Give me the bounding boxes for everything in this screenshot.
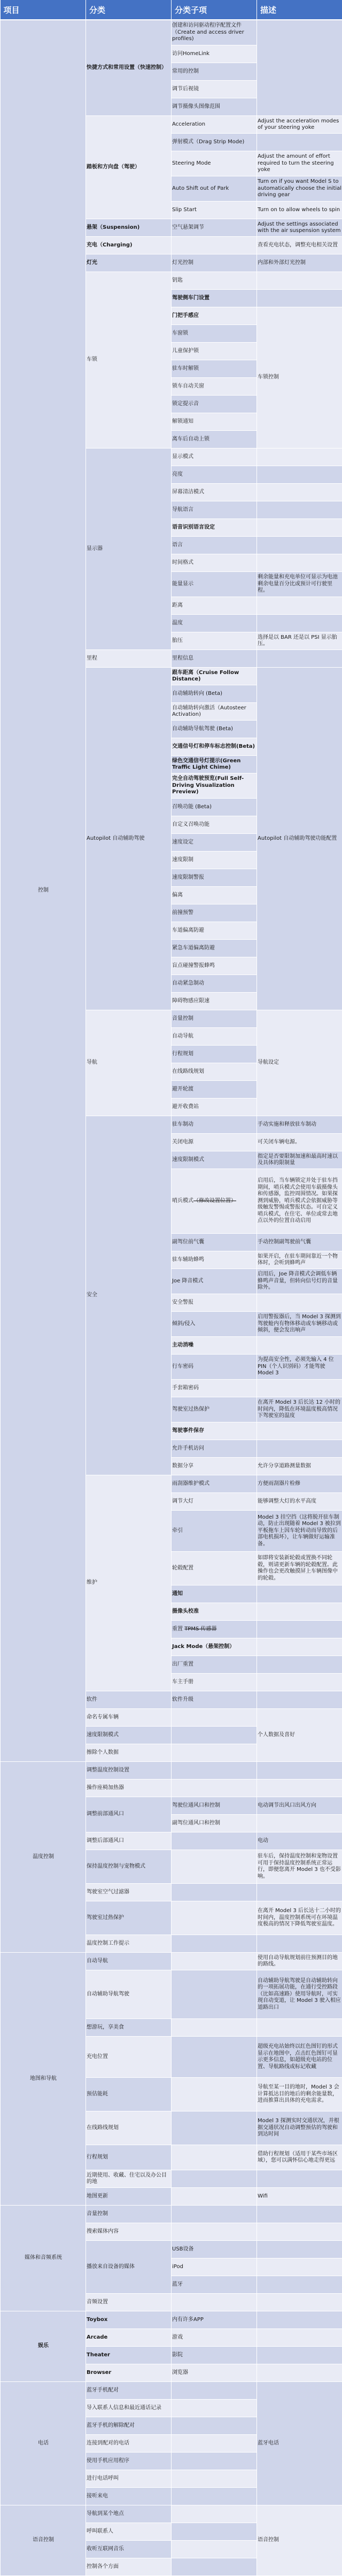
table-row: 电话蓝牙手机配对蓝牙电话 [1, 2382, 342, 2400]
subitem-cell: 调节大灯 [172, 1493, 257, 1511]
subitem-cell: 蓝牙 [172, 2276, 257, 2294]
subitem-cell [172, 2382, 257, 2400]
subitem-cell: 摄像头校准 [172, 1603, 257, 1621]
description-cell: 导航设定 [257, 1010, 342, 1116]
description-cell: Adjust the settings associated with the … [257, 219, 342, 237]
table-body: 控制快捷方式和常用设置（快速控制）创建和访问驱动程序配置文件（Create an… [1, 20, 342, 2576]
subitem-cell: 盲点碰撞警报蜂鸣 [172, 957, 257, 975]
category-cell: 调整温度控制设置 [86, 1762, 172, 1780]
subitem-text: 哨兵模式 [172, 1198, 193, 1204]
subitem-cell [172, 2470, 257, 2488]
subitem-cell: USB设备 [172, 2241, 257, 2258]
description-cell [257, 2019, 342, 2037]
table-row: 地图和导航自动导航使用自动导航规划前往预测目的地的路线。 [1, 1953, 342, 1970]
description-cell: 能够调整大灯的水平高度 [257, 1493, 342, 1511]
description-cell: Model 3 挂空挡（这将脱开驻车制动，防止出现随着 Model 3 被拉到平… [257, 1511, 342, 1552]
description-cell: 导航至某一目的地时，Model 3 会计算抵达目的地后的剩余能量数，进而推算出具… [257, 2078, 342, 2111]
subitem-cell: 自动导航 [172, 1028, 257, 1046]
subitem-cell: 绿色交通信号灯提示(Green Traffic Light Chime) [172, 756, 257, 773]
category-cell: Autopilot 自动辅助驾驶 [86, 668, 172, 1010]
subitem-cell [172, 2111, 257, 2145]
description-cell [257, 2170, 342, 2188]
subitem-cell: 访问HomeLink [172, 45, 257, 63]
subitem-cell [172, 1832, 257, 1850]
table-row: 温度控制调整温度控制设置 [1, 1762, 342, 1780]
subitem-cell: 导航语言 [172, 501, 257, 519]
description-cell: 手动实施和释放驻车制动 [257, 1116, 342, 1134]
subitem-cell: 儿童保护锁 [172, 343, 257, 360]
category-cell: 导航 [86, 1010, 172, 1116]
description-cell [257, 2294, 342, 2311]
category-cell: 自动导航 [86, 1953, 172, 1970]
subitem-cell [172, 2170, 257, 2188]
subitem-cell: 轮毂配置 [172, 1552, 257, 1585]
subitem-cell: 驾驶位通风口和控制 [172, 1797, 257, 1815]
subitem-cell: 副驾位前气囊 [172, 1234, 257, 1251]
description-cell [257, 554, 342, 572]
subitem-cell: 自动辅助导航驾驶 (Beta) [172, 721, 257, 738]
description-cell [257, 290, 342, 307]
subitem-cell: 速度设定 [172, 834, 257, 852]
description-cell: Wifi [257, 2188, 342, 2206]
subitem-cell: 雨刮器维护模式 [172, 1475, 257, 1493]
subitem-cell: 驾驶侧车门设置 [172, 290, 257, 307]
subitem-strike-text: TPMS 传感器 [184, 1626, 216, 1632]
subitem-cell: 出厂重置 [172, 1656, 257, 1674]
subitem-cell: 调节后视镜 [172, 81, 257, 98]
category-cell: 使用手机应用程序 [86, 2453, 172, 2470]
category-cell: 行程规划 [86, 2145, 172, 2170]
subitem-cell: 避开轮渡 [172, 1081, 257, 1099]
subitem-cell: 紧急车道偏离防避 [172, 940, 257, 957]
category-cell: 音量控制 [86, 2206, 172, 2223]
subitem-cell [172, 2223, 257, 2241]
subitem-cell: 允许手机访问 [172, 1440, 257, 1458]
category-cell: 导入联系人信息和最近通话记录 [86, 2400, 172, 2417]
description-cell: 如果开启，在驻车期间靠近一个物体时，会听到蜂鸣声 [257, 1251, 342, 1269]
description-cell [257, 1935, 342, 1953]
description-cell: 内部和外部灯光控制 [257, 254, 342, 272]
description-cell [257, 484, 342, 501]
subitem-cell: 调节摄像头图像范围 [172, 98, 257, 116]
category-cell: 温度控制工作提示 [86, 1935, 172, 1953]
subitem-cell: 重置 TPMS 传感器 [172, 1621, 257, 1638]
description-cell: 启用警报器后，当 Model 3 探测到驾驶舱内有物体移动或车辆移动或倾斜，便会… [257, 1312, 342, 1337]
description-cell [257, 1603, 342, 1621]
category-cell: 显示器 [86, 448, 172, 650]
category-cell: 播放来自设备的媒体 [86, 2241, 172, 2294]
subitem-strike-text: （修改设置位置） [193, 1198, 236, 1204]
description-cell [257, 2311, 342, 2329]
description-cell [257, 1884, 342, 1901]
subitem-cell: 主动消噪 [172, 1337, 257, 1355]
item-cell: 控制 [1, 20, 86, 1762]
subitem-cell: 行车密码 [172, 1355, 257, 1380]
subitem-cell: 语音识别语言设定 [172, 519, 257, 537]
header-item: 项目 [1, 0, 86, 20]
description-cell [257, 1815, 342, 1832]
subitem-cell [172, 2488, 257, 2505]
subitem-cell: iPod [172, 2258, 257, 2276]
description-cell [257, 615, 342, 632]
subitem-cell: 门把手感应 [172, 307, 257, 325]
subitem-cell: 前撞预警 [172, 904, 257, 922]
category-cell: 自动辅助导航驾驶 [86, 1970, 172, 2019]
subitem-cell: 驻车制动 [172, 1116, 257, 1134]
description-cell: 剩余能量和充电单位可显示为电池剩余电量百分比或预计可行驶里程。 [257, 572, 342, 597]
subitem-cell [172, 2558, 257, 2576]
subitem-cell: 自定义召唤功能 [172, 816, 257, 834]
description-cell [257, 519, 342, 537]
subitem-cell: 障碍物感应限速 [172, 993, 257, 1010]
category-cell: 音频设置 [86, 2294, 172, 2311]
subitem-cell [172, 2294, 257, 2311]
subitem-cell: 避开收费站 [172, 1099, 257, 1116]
category-cell: 搜索媒体内容 [86, 2223, 172, 2241]
category-cell: 车锁 [86, 272, 172, 448]
description-cell: 蓝牙电话 [257, 2382, 342, 2505]
subitem-cell [172, 2453, 257, 2470]
category-cell: 充电（Charging) [86, 237, 172, 254]
subitem-cell: Auto Shift out of Park [172, 176, 257, 202]
category-cell: Browser [86, 2364, 172, 2382]
item-cell: 温度控制 [1, 1762, 86, 1953]
description-cell [257, 2223, 342, 2241]
description-cell [257, 1380, 342, 1397]
description-cell: 语音控制 [257, 2505, 342, 2576]
subitem-cell [172, 2505, 257, 2523]
category-cell: 操作座椅加热器 [86, 1780, 172, 1797]
description-cell [257, 1674, 342, 1691]
subitem-cell: 车道偏离防避 [172, 922, 257, 940]
subitem-cell: 召唤功能 (Beta) [172, 799, 257, 816]
subitem-cell: 速度限制 [172, 852, 257, 869]
subitem-cell: 浏览器 [172, 2364, 257, 2382]
header-subitem: 分类子项 [172, 0, 257, 20]
table-row: 控制快捷方式和常用设置（快速控制）创建和访问驱动程序配置文件（Create an… [1, 20, 342, 45]
subitem-cell: 驻车时解锁 [172, 360, 257, 378]
description-cell: 在离开 Model 3 后长达 12 小时的时间内，降低在环境温度极高情况下驾驶… [257, 1397, 342, 1422]
subitem-cell: 数据分享 [172, 1458, 257, 1475]
subitem-cell: 手套箱密码 [172, 1380, 257, 1397]
description-cell [257, 2206, 342, 2223]
category-cell: 踏板和方向盘（驾驶） [86, 116, 172, 219]
description-cell: 为提高安全性，必须先输入 4 位 PIN（个人识别码）才能驾驶 Model 3 [257, 1355, 342, 1380]
subitem-cell: 里程信息 [172, 650, 257, 668]
subitem-cell: 离车后自动上锁 [172, 431, 257, 448]
category-cell: 想游玩，享美食 [86, 2019, 172, 2037]
category-cell: 蓝牙手机的解除配对 [86, 2417, 172, 2435]
description-cell [257, 501, 342, 519]
category-cell: 蓝牙手机配对 [86, 2382, 172, 2400]
category-cell: 速度限制模式 [86, 1727, 172, 1744]
category-cell: Toybox [86, 2311, 172, 2329]
category-cell: 命名专属车辆 [86, 1709, 172, 1727]
subitem-cell: 偏离 [172, 887, 257, 904]
subitem-cell: 自动辅助转向 (Beta) [172, 685, 257, 703]
subitem-text: 重置 [172, 1626, 184, 1632]
category-cell: 软件 [86, 1691, 172, 1709]
description-cell [257, 1585, 342, 1603]
category-cell: 保持温度控制与宠物模式 [86, 1850, 172, 1884]
description-cell [257, 272, 342, 290]
category-cell: 进行电话呼叫 [86, 2470, 172, 2488]
description-cell: Adjust the acceleration modes of your st… [257, 116, 342, 134]
item-cell: 媒体和音频系统 [1, 2206, 86, 2311]
description-cell: Autopilot 自动辅助驾驶功能配置 [257, 668, 342, 1010]
description-cell: 查看充电状态，调整充电相关设置 [257, 237, 342, 254]
subitem-cell [172, 1970, 257, 2019]
subitem-cell: 胎压 [172, 632, 257, 650]
header-description: 描述 [257, 0, 342, 20]
description-cell: 在离开 Model 3 后长达十二小时的时间内，温度控制系统可在环境温度极高的情… [257, 1901, 342, 1935]
category-cell: 接听来电 [86, 2488, 172, 2505]
subitem-cell [172, 2541, 257, 2558]
subitem-cell: 空气悬架调节 [172, 219, 257, 237]
table-header-row: 项目 分类 分类子项 描述 [1, 0, 342, 20]
description-cell [257, 650, 342, 668]
description-cell [257, 1691, 342, 1709]
subitem-cell [172, 2417, 257, 2435]
description-cell: 方便雨刮器片检修 [257, 1475, 342, 1493]
description-cell [257, 466, 342, 484]
description-cell [257, 1294, 342, 1312]
subitem-cell [172, 2435, 257, 2453]
description-cell [257, 1621, 342, 1638]
description-cell [257, 537, 342, 554]
category-cell: 连接到配对的电话 [86, 2435, 172, 2453]
subitem-cell: 行程规划 [172, 1046, 257, 1063]
description-cell: Model 3 探测实时交通状况，并根据交通状况自动调整预估的驾驶和到达时间 [257, 2111, 342, 2145]
category-cell: 在线路线规划 [86, 2111, 172, 2145]
subitem-cell [172, 1850, 257, 1884]
description-cell [257, 1638, 342, 1656]
category-cell: 近期使用、收藏、住宅以及办公目的地 [86, 2170, 172, 2188]
subitem-cell [172, 1884, 257, 1901]
category-cell: 灯光 [86, 254, 172, 272]
subitem-cell [172, 1901, 257, 1935]
subitem-cell [172, 1762, 257, 1780]
subitem-cell: 亮度 [172, 466, 257, 484]
description-cell [257, 448, 342, 466]
subitem-cell: 倾斜/侵入 [172, 1312, 257, 1337]
table-row: 媒体和音频系统音量控制 [1, 2206, 342, 2223]
subitem-cell: 牵引 [172, 1511, 257, 1552]
description-cell [257, 134, 342, 151]
category-cell: 调整后部通风口 [86, 1832, 172, 1850]
description-cell: 个人数据及喜好 [257, 1709, 342, 1762]
description-cell [257, 2241, 342, 2258]
subitem-cell: 驾驶室过热保护 [172, 1397, 257, 1422]
category-cell: 擦除个人数据 [86, 1744, 172, 1762]
subitem-cell: 钥匙 [172, 272, 257, 290]
subitem-cell [172, 1935, 257, 1953]
category-cell: 快捷方式和常用设置（快速控制） [86, 20, 172, 116]
description-cell [257, 1337, 342, 1355]
subitem-cell: 完全自动驾驶预览(Full Self-Driving Visualization… [172, 773, 257, 799]
item-cell: 地图和导航 [1, 1953, 86, 2206]
description-cell: 选择是以 BAR 还是以 PSI 显示胎压。 [257, 632, 342, 650]
subitem-cell: 时间格式 [172, 554, 257, 572]
category-cell: 导航到某个地点 [86, 2505, 172, 2523]
description-cell [257, 2276, 342, 2294]
subitem-cell [172, 2019, 257, 2037]
feature-table: 项目 分类 分类子项 描述 控制快捷方式和常用设置（快速控制）创建和访问驱动程序… [0, 0, 342, 2576]
description-cell: 电动调节出风口出风方向 [257, 1797, 342, 1815]
subitem-cell: 常用的控制 [172, 63, 257, 81]
subitem-cell: 自动紧急制动 [172, 975, 257, 993]
description-cell [257, 2347, 342, 2364]
subitem-cell: 内有许多APP [172, 2311, 257, 2329]
description-cell [257, 597, 342, 615]
subitem-cell: 屏幕清洁模式 [172, 484, 257, 501]
subitem-cell [172, 1727, 257, 1744]
subitem-cell: Jack Mode（悬架控制） [172, 1638, 257, 1656]
category-cell: 调整前部通风口 [86, 1797, 172, 1832]
category-cell: 控制各个方面 [86, 2558, 172, 2576]
category-cell: 悬架（Suspension) [86, 219, 172, 237]
description-cell [257, 2329, 342, 2347]
subitem-cell [172, 237, 257, 254]
subitem-cell: 锁定提示音 [172, 396, 257, 413]
description-cell [257, 1422, 342, 1440]
description-cell: 允许分享道路测量数据 [257, 1458, 342, 1475]
subitem-cell: 速度限制警报 [172, 869, 257, 887]
subitem-cell: 锁车自动关窗 [172, 378, 257, 396]
subitem-cell: 速度限制模式 [172, 1151, 257, 1169]
description-cell: 手动控制副驾驶前气囊 [257, 1234, 342, 1251]
subitem-cell: 交通信号灯和停车标志控制(Beta) [172, 738, 257, 756]
subitem-cell: 解锁通知 [172, 413, 257, 431]
description-cell: 车锁控制 [257, 307, 342, 448]
subitem-cell: 影院 [172, 2347, 257, 2364]
description-cell: Adjust the amount of effort required to … [257, 151, 342, 176]
description-cell: 驻车后，保持温度控制和宠物设置可用于保持温度控制系统正常运行，即便您离开 Mod… [257, 1850, 342, 1884]
description-cell: 电动 [257, 1832, 342, 1850]
description-cell: 自动辅助导航驾驶是自动辅助转向的一项拓展功能，在通行受控路段（比如高速路）使用导… [257, 1970, 342, 2019]
subitem-cell: 语言 [172, 537, 257, 554]
subitem-cell [172, 2206, 257, 2223]
table-row: 语音控制导航到某个地点语音控制 [1, 2505, 342, 2523]
description-cell [257, 1440, 342, 1458]
subitem-cell: 软件升级 [172, 1691, 257, 1709]
description-cell: 如即将安装新轮毂或置换不同轮毂，则请更新车辆的轮毂配置。此操作也会更改触摸屏上车… [257, 1552, 342, 1585]
subitem-cell [172, 2078, 257, 2111]
subitem-cell [172, 1953, 257, 1970]
subitem-cell [172, 1744, 257, 1762]
category-cell: 呼叫联系人 [86, 2523, 172, 2541]
subitem-cell: 哨兵模式（修改设置位置） [172, 1169, 257, 1234]
subitem-cell: Steering Mode [172, 151, 257, 176]
description-cell: Turn on if you want Model S to automatic… [257, 176, 342, 202]
subitem-cell: 车主手册 [172, 1674, 257, 1691]
subitem-cell [172, 2523, 257, 2541]
subitem-cell: Joe 降音模式 [172, 1269, 257, 1294]
item-cell: 语音控制 [1, 2505, 86, 2576]
subitem-cell: 弹射模式（Drag Strip Mode) [172, 134, 257, 151]
category-cell: 维护 [86, 1475, 172, 1691]
subitem-cell: 关闭电源 [172, 1134, 257, 1151]
subitem-cell: 距离 [172, 597, 257, 615]
category-cell: 预估能耗 [86, 2078, 172, 2111]
subitem-cell [172, 2400, 257, 2417]
category-cell: 驾驶室空气过滤器 [86, 1884, 172, 1901]
description-cell: 使用自动导航规划前往预测目的地的路线。 [257, 1953, 342, 1970]
description-cell: 可关闭车辆电源。 [257, 1134, 342, 1151]
description-cell [257, 2258, 342, 2276]
subitem-cell: 温度 [172, 615, 257, 632]
item-cell: 电话 [1, 2382, 86, 2505]
subitem-cell: 跟车距离（Cruise Follow Distance) [172, 668, 257, 685]
subitem-cell: 创建和访问驱动程序配置文件（Create and access driver p… [172, 20, 257, 45]
item-cell: 娱乐 [1, 2311, 86, 2382]
subitem-cell [172, 2188, 257, 2206]
subitem-cell: 在线路线规划 [172, 1063, 257, 1081]
category-cell: 收听互联网音乐 [86, 2541, 172, 2558]
description-cell [257, 20, 342, 116]
subitem-cell: 灯光控制 [172, 254, 257, 272]
category-cell: 地图更新 [86, 2188, 172, 2206]
category-cell: 驾驶室过热保护 [86, 1901, 172, 1935]
subitem-cell: 副驾位通风口和控制 [172, 1815, 257, 1832]
subitem-cell: 通知 [172, 1585, 257, 1603]
subitem-cell: 显示模式 [172, 448, 257, 466]
subitem-cell: 安全警报 [172, 1294, 257, 1312]
subitem-cell: 驻车辅助蜂鸣 [172, 1251, 257, 1269]
header-category: 分类 [86, 0, 172, 20]
description-cell: 启用后，当车辆锁定并处于驻车挡期间，哨兵模式会使用车载摄像头和传感器，监控周围情… [257, 1169, 342, 1234]
subitem-cell: 自动辅助转向激活（Autosteer Activation) [172, 703, 257, 721]
description-cell [257, 1762, 342, 1780]
subitem-cell [172, 2037, 257, 2078]
subitem-cell: 能量显示 [172, 572, 257, 597]
subitem-cell: 驾驶事件保存 [172, 1422, 257, 1440]
subitem-cell: 车窗锁 [172, 325, 257, 343]
subitem-cell [172, 1709, 257, 1727]
description-cell: 借助行程规划（适用于某些市场区域），您可以满怀信心地走得更远 [257, 2145, 342, 2170]
subitem-cell [172, 2145, 257, 2170]
subitem-cell: Acceleration [172, 116, 257, 134]
description-cell [257, 1656, 342, 1674]
category-cell: Arcade [86, 2329, 172, 2347]
description-cell: 指定是否要限制加速和最高时速以及具体的限制量 [257, 1151, 342, 1169]
category-cell: 里程 [86, 650, 172, 668]
subitem-cell [172, 1780, 257, 1797]
subitem-cell: 音量控制 [172, 1010, 257, 1028]
category-cell: 安全 [86, 1116, 172, 1475]
subitem-cell: 游戏 [172, 2329, 257, 2347]
description-cell: 启用后，Joe 降音模式会调低车辆蜂鸣声音量，但转向信号灯的音量除外。 [257, 1269, 342, 1294]
category-cell: 充电位置 [86, 2037, 172, 2078]
table-row: 娱乐Toybox内有许多APP [1, 2311, 342, 2329]
description-cell [257, 1780, 342, 1797]
description-cell: Turn on to allow wheels to spin [257, 202, 342, 219]
description-cell: 超级充电站始终以红色图钉的形式显示在地图中，点击红色图钉可显示更多信息，如超级充… [257, 2037, 342, 2078]
category-cell: Theater [86, 2347, 172, 2364]
description-cell [257, 2364, 342, 2382]
subitem-cell: Slip Start [172, 202, 257, 219]
